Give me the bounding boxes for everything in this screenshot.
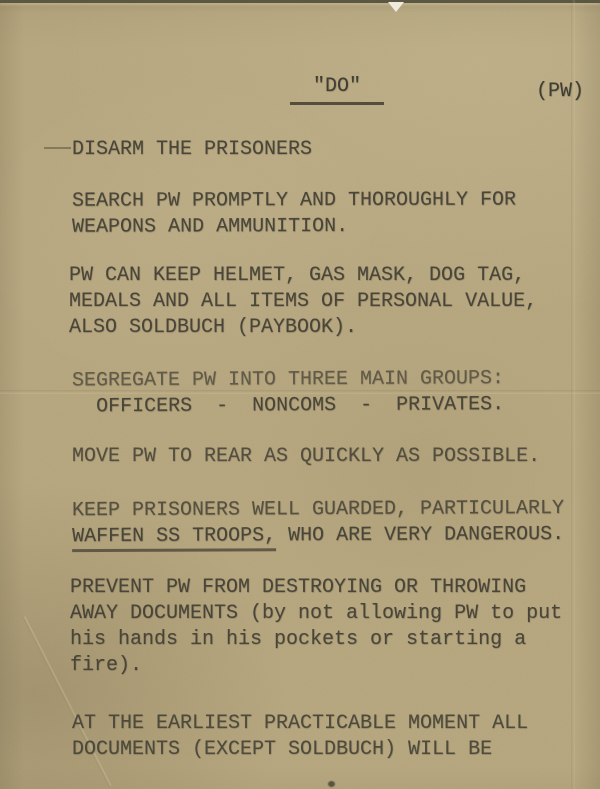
text-line: MOVE PW TO REAR AS QUICKLY AS POSSIBLE. xyxy=(72,444,592,470)
text-line: DISARM THE PRISONERS xyxy=(72,137,592,163)
page-title-text: "DO" xyxy=(313,75,361,98)
paragraph: SEARCH PW PROMPTLY AND THOROUGHLY FORWEA… xyxy=(72,187,592,240)
paragraph: KEEP PRISONERS WELL GUARDED, PARTICULARL… xyxy=(72,496,592,550)
text-line: his hands in his pockets or starting a xyxy=(70,627,592,653)
text-line: PW CAN KEEP HELMET, GAS MASK, DOG TAG, xyxy=(69,263,592,289)
text-line: AWAY DOCUMENTS (by not allowing PW to pu… xyxy=(70,601,592,627)
paragraph: SEGREGATE PW INTO THREE MAIN GROUPS: OFF… xyxy=(72,366,592,421)
paragraph: AT THE EARLIEST PRACTICABLE MOMENT ALLDO… xyxy=(72,711,592,763)
paragraph: MOVE PW TO REAR AS QUICKLY AS POSSIBLE. xyxy=(72,444,592,470)
scan-edge-artifact xyxy=(0,0,600,3)
text-line: WEAPONS AND AMMUNITION. xyxy=(72,213,592,240)
text-line: PREVENT PW FROM DESTROYING OR THROWING xyxy=(70,575,592,601)
paragraph: PW CAN KEEP HELMET, GAS MASK, DOG TAG,ME… xyxy=(69,263,592,341)
corner-label: (PW) xyxy=(536,80,584,103)
paper-notch xyxy=(388,2,404,12)
paragraph: PREVENT PW FROM DESTROYING OR THROWINGAW… xyxy=(70,575,592,679)
text-line: DOCUMENTS (EXCEPT SOLDBUCH) WILL BE xyxy=(72,737,592,763)
text-line: fire). xyxy=(70,653,592,679)
text-line: SEGREGATE PW INTO THREE MAIN GROUPS: xyxy=(72,366,592,395)
paragraph: DISARM THE PRISONERS xyxy=(72,137,592,163)
text-line: OFFICERS - NONCOMS - PRIVATES. xyxy=(72,392,592,421)
underlined-text: WAFFEN SS TROOPS, xyxy=(72,524,276,552)
text-line: MEDALS AND ALL ITEMS OF PERSONAL VALUE, xyxy=(69,289,592,315)
document-page: "DO" (PW) DISARM THE PRISONERSSEARCH PW … xyxy=(0,0,600,789)
text-line: ALSO SOLDBUCH (PAYBOOK). xyxy=(69,315,592,341)
lead-dash-mark xyxy=(44,147,71,149)
text-line: SEARCH PW PROMPTLY AND THOROUGHLY FOR xyxy=(72,187,592,214)
text-line: KEEP PRISONERS WELL GUARDED, PARTICULARL… xyxy=(72,496,592,524)
text-line: WAFFEN SS TROOPS, WHO ARE VERY DANGEROUS… xyxy=(72,522,592,550)
page-title: "DO" xyxy=(290,75,384,105)
document-body: DISARM THE PRISONERSSEARCH PW PROMPTLY A… xyxy=(72,137,592,788)
text-line: AT THE EARLIEST PRACTICABLE MOMENT ALL xyxy=(72,711,592,737)
